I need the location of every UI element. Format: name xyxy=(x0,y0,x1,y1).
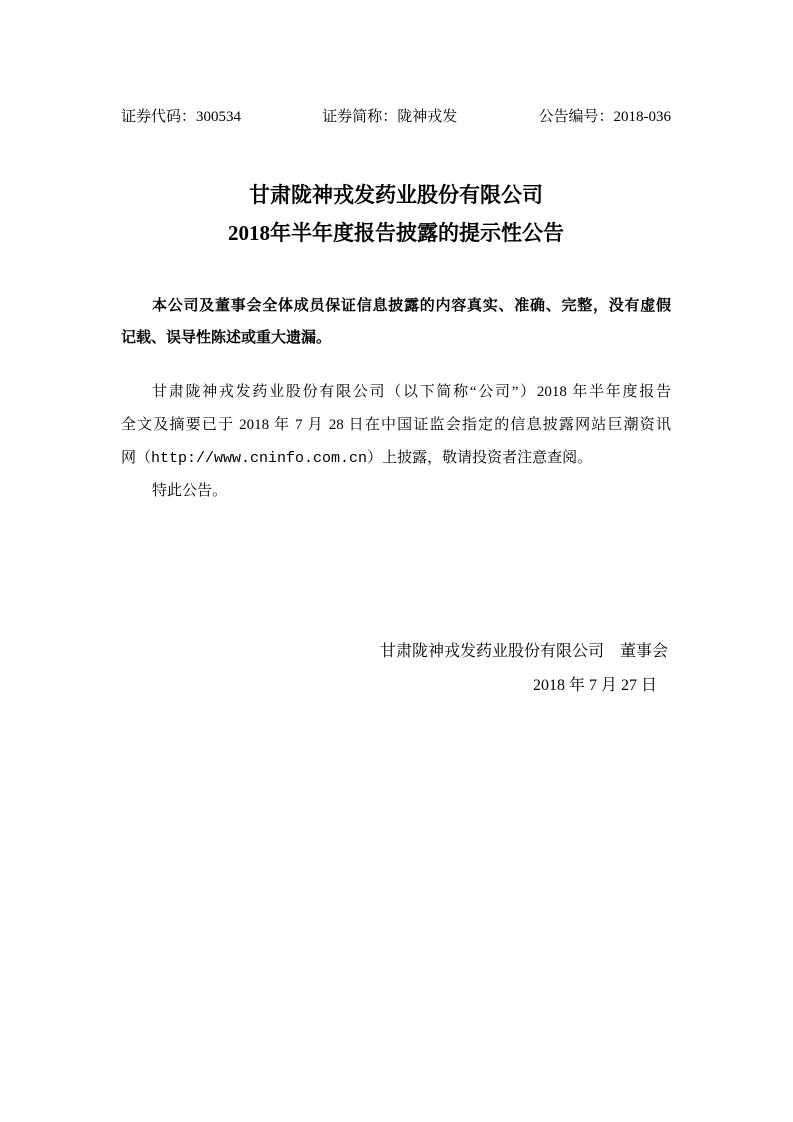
stock-name-value: 陇神戎发 xyxy=(397,109,457,125)
company-name-title: 甘肃陇神戎发药业股份有限公司 xyxy=(121,176,671,214)
body-line-1: 甘肃陇神戎发药业股份有限公司（以下简称“公司”）2018 年半年度报告 xyxy=(121,376,671,409)
body-line-3-suffix: ）上披露，敬请投资者注意查阅。 xyxy=(367,450,592,466)
body-line-3-prefix: 网（ xyxy=(121,450,151,466)
stock-code-group: 证券代码：300534 xyxy=(121,106,241,128)
stock-name-group: 证券简称：陇神戎发 xyxy=(322,106,457,128)
announcement-number-value: 2018-036 xyxy=(614,109,672,125)
document-title: 甘肃陇神戎发药业股份有限公司 2018年半年度报告披露的提示性公告 xyxy=(121,176,671,252)
body-line-2: 全文及摘要已于 2018 年 7 月 28 日在中国证监会指定的信息披露网站巨潮… xyxy=(121,409,671,442)
cninfo-url: http://www.cninfo.com.cn xyxy=(151,450,367,467)
statement-line-2: 记载、误导性陈述或重大遗漏。 xyxy=(121,322,671,354)
body-line-3: 网（http://www.cninfo.com.cn）上披露，敬请投资者注意查阅… xyxy=(121,442,671,475)
stock-code-label: 证券代码： xyxy=(121,109,196,125)
signature-block: 甘肃陇神戎发药业股份有限公司 董事会 2018 年 7 月 27 日 xyxy=(121,635,671,703)
stock-code-value: 300534 xyxy=(196,109,241,125)
signature-date: 2018 年 7 月 27 日 xyxy=(121,669,671,703)
signature-company: 甘肃陇神戎发药业股份有限公司 董事会 xyxy=(121,635,671,669)
board-guarantee-statement: 本公司及董事会全体成员保证信息披露的内容真实、准确、完整，没有虚假 记载、误导性… xyxy=(121,290,671,354)
announcement-subtitle: 2018年半年度报告披露的提示性公告 xyxy=(121,214,671,252)
stock-name-label: 证券简称： xyxy=(322,109,397,125)
announcement-number-label: 公告编号： xyxy=(538,109,613,125)
document-header: 证券代码：300534 证券简称：陇神戎发 公告编号：2018-036 xyxy=(121,106,671,128)
document-page: 证券代码：300534 证券简称：陇神戎发 公告编号：2018-036 甘肃陇神… xyxy=(0,0,793,1122)
announcement-number-group: 公告编号：2018-036 xyxy=(538,106,671,128)
closing-remark: 特此公告。 xyxy=(121,475,671,508)
announcement-body: 甘肃陇神戎发药业股份有限公司（以下简称“公司”）2018 年半年度报告 全文及摘… xyxy=(121,376,671,508)
statement-line-1: 本公司及董事会全体成员保证信息披露的内容真实、准确、完整，没有虚假 xyxy=(121,290,671,322)
